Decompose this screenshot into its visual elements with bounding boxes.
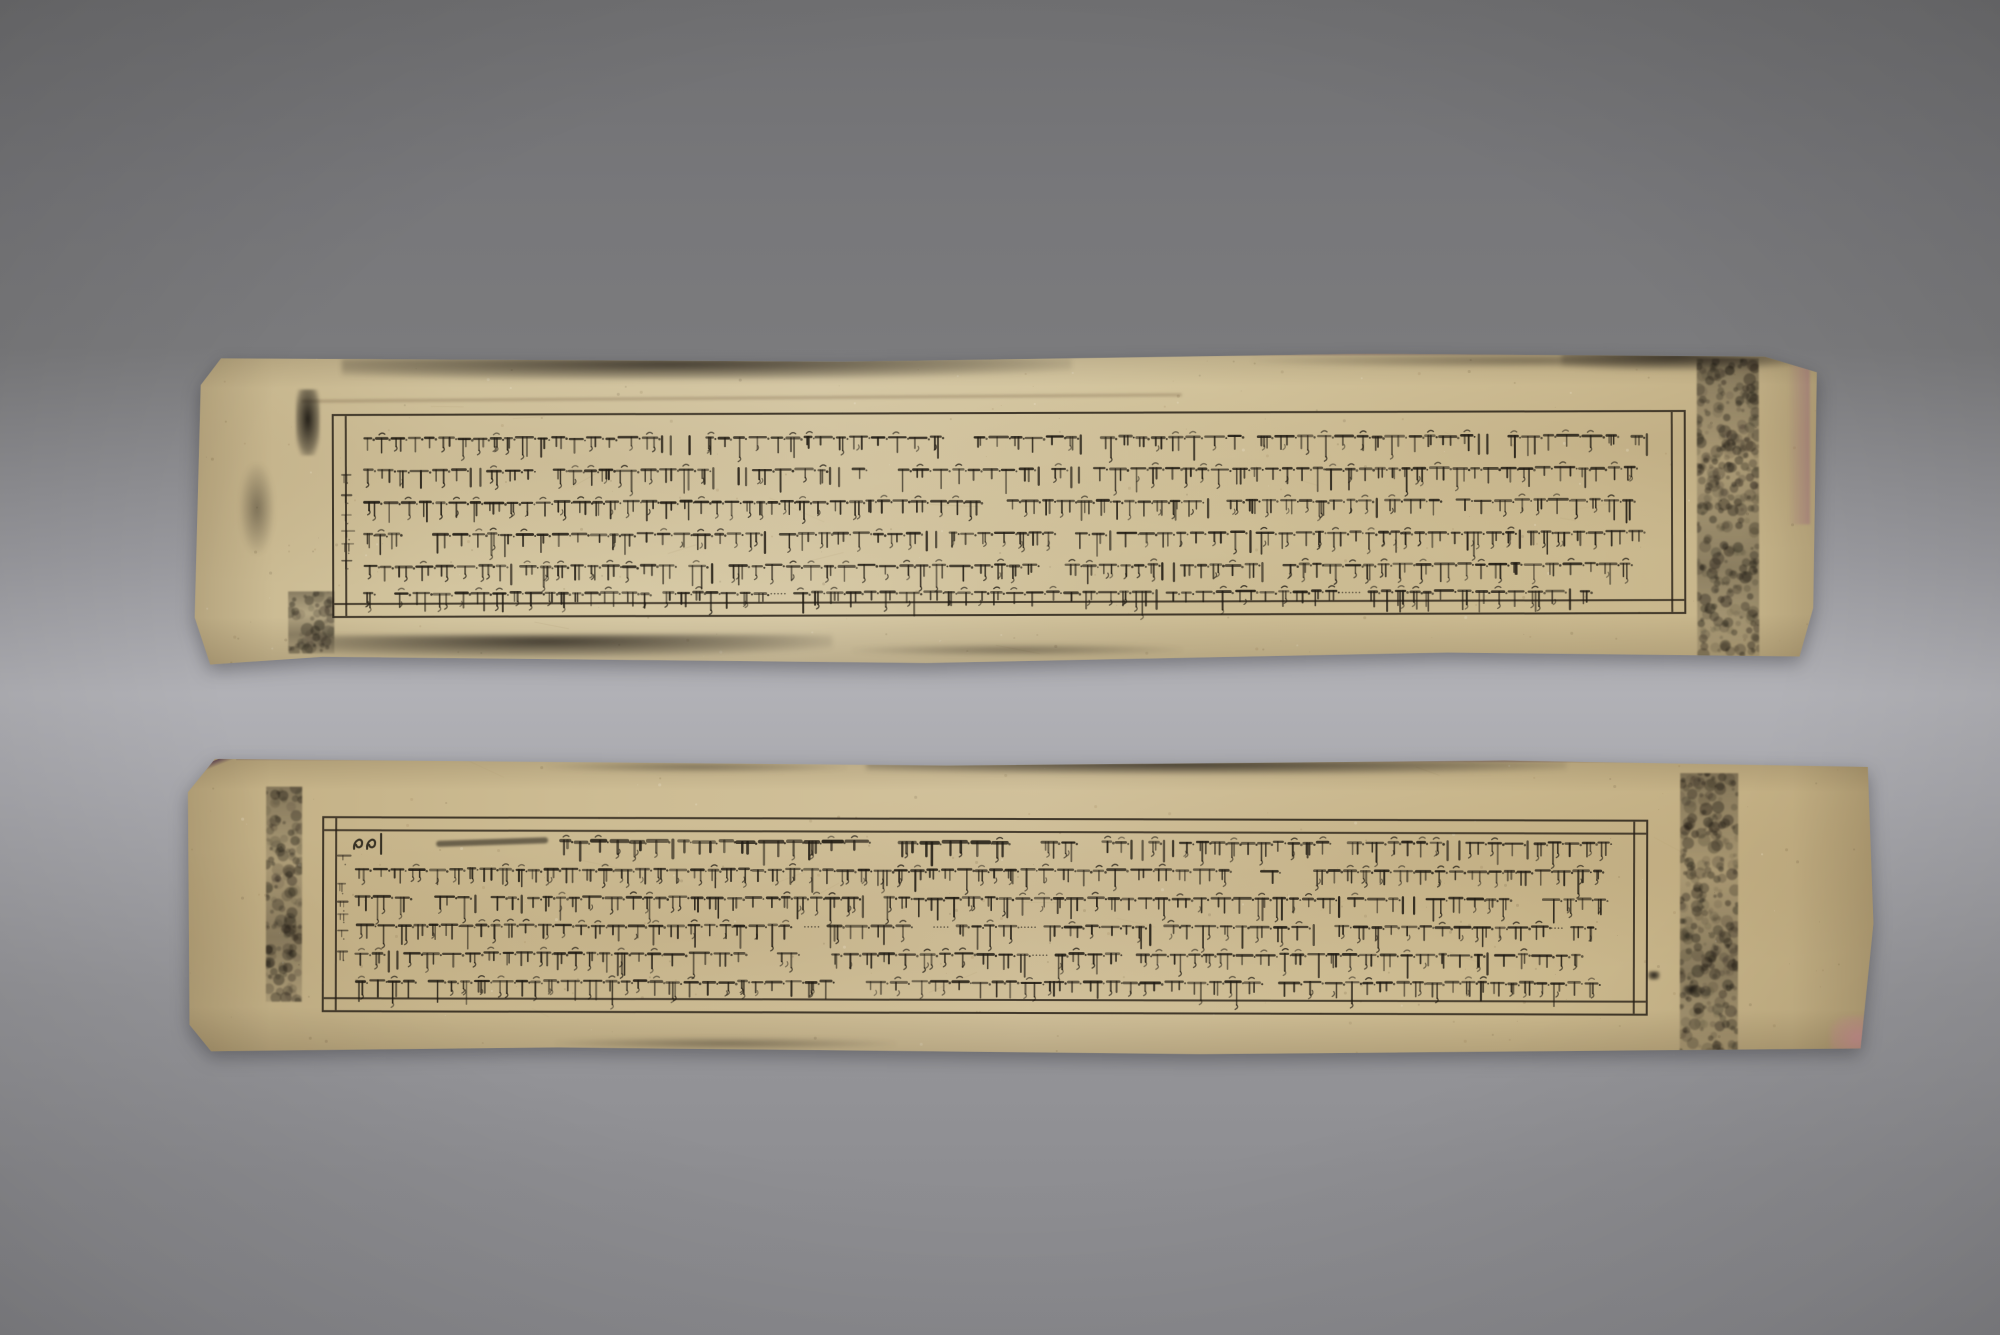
- paper-speck: [1255, 657, 1256, 658]
- paper-speck: [940, 641, 941, 642]
- paper-speck: [966, 650, 968, 652]
- paper-speck: [482, 1042, 484, 1044]
- paper-speck: [637, 784, 638, 785]
- paper-fiber: [1585, 353, 1621, 360]
- paper-speck: [269, 572, 272, 575]
- paper-speck: [1173, 381, 1174, 382]
- paper-fiber: [1454, 758, 1475, 765]
- paper-speck: [241, 897, 244, 900]
- paper-speck: [1718, 1035, 1721, 1038]
- paper-speck: [1815, 410, 1816, 411]
- paper-speck: [854, 402, 856, 404]
- paper-speck: [1615, 638, 1617, 640]
- paper-speck: [1806, 623, 1808, 625]
- paper-speck: [1514, 382, 1516, 384]
- lower-leaf-paper: [186, 757, 1877, 1058]
- paper-speck: [1816, 970, 1817, 971]
- paper-speck: [1168, 812, 1171, 815]
- paper-speck: [1793, 446, 1796, 449]
- paper-speck: [312, 550, 314, 552]
- paper-speck: [1034, 403, 1036, 405]
- ink-smudge: [1252, 352, 1812, 368]
- paper-speck: [658, 783, 661, 786]
- paper-speck: [271, 648, 273, 650]
- ink-rub-band: [288, 591, 334, 653]
- paper-speck: [1699, 471, 1700, 472]
- paper-glint: [418, 1054, 422, 1058]
- paper-speck: [1177, 402, 1179, 404]
- text-line: [362, 522, 1664, 555]
- paper-speck: [1747, 806, 1748, 807]
- paper-speck: [1418, 372, 1421, 375]
- paper-edge-tint: [236, 757, 1756, 764]
- paper-speck: [1523, 634, 1524, 635]
- paper-speck: [1838, 963, 1840, 965]
- ink-smudge: [1562, 350, 1812, 371]
- ink-smudge: [852, 644, 1182, 657]
- paper-speck: [1681, 997, 1682, 998]
- paper-speck: [625, 386, 627, 388]
- paper-speck: [1044, 1055, 1046, 1057]
- paper-speck: [1254, 362, 1256, 364]
- paper-speck: [811, 631, 813, 633]
- paper-speck: [957, 375, 959, 377]
- paper-speck: [267, 926, 270, 929]
- paper-fiber: [1654, 837, 1682, 852]
- paper-speck: [1468, 370, 1471, 373]
- paper-speck: [1057, 1035, 1059, 1037]
- paper-speck: [1570, 392, 1572, 394]
- paper-speck: [814, 1037, 817, 1040]
- paper-speck: [1773, 1024, 1776, 1027]
- paper-speck: [1555, 407, 1556, 408]
- text-line: [362, 490, 1664, 523]
- paper-speck: [860, 1054, 861, 1055]
- paper-speck: [282, 962, 284, 964]
- paper-speck: [719, 651, 722, 654]
- paper-speck: [1267, 812, 1268, 813]
- text-line: [362, 581, 1664, 614]
- paper-speck: [404, 404, 406, 406]
- paper-speck: [224, 381, 226, 383]
- paper-speck: [1056, 1050, 1058, 1052]
- paper-speck: [1673, 992, 1676, 995]
- paper-speck: [1714, 785, 1716, 787]
- paper-fiber: [1416, 766, 1440, 776]
- paper-speck: [1033, 386, 1034, 387]
- paper-speck: [1621, 1054, 1623, 1056]
- paper-speck: [1737, 519, 1738, 520]
- paper-speck: [298, 964, 300, 966]
- paper-speck: [1721, 476, 1722, 477]
- paper-speck: [313, 799, 314, 800]
- paper-speck: [1715, 940, 1717, 942]
- paper-speck: [212, 788, 214, 790]
- paper-speck: [1361, 377, 1363, 379]
- paper-speck: [288, 551, 290, 553]
- paper-speck: [607, 652, 608, 653]
- paper-speck: [1028, 813, 1030, 815]
- paper-speck: [1796, 860, 1799, 863]
- paper-speck: [703, 656, 704, 657]
- paper-speck: [1785, 848, 1788, 851]
- paper-speck: [1349, 1022, 1352, 1025]
- paper-speck: [551, 1052, 553, 1054]
- paper-speck: [1791, 523, 1794, 526]
- paper-speck: [1508, 765, 1510, 767]
- margin-label: [336, 853, 352, 1003]
- paper-speck: [1072, 372, 1074, 374]
- paper-speck: [1657, 965, 1660, 968]
- paper-speck: [1613, 785, 1616, 788]
- paper-speck: [1570, 632, 1573, 635]
- paper-speck: [206, 457, 207, 458]
- ink-smudge: [556, 1037, 896, 1050]
- paper-speck: [231, 1017, 232, 1018]
- paper-speck: [1749, 1003, 1752, 1006]
- paper-speck: [1025, 373, 1027, 375]
- paper-speck: [280, 846, 282, 848]
- paper-speck: [1678, 765, 1680, 767]
- paper-speck: [1755, 426, 1757, 428]
- paper-speck: [1458, 1055, 1460, 1057]
- paper-speck: [1001, 405, 1002, 406]
- paper-speck: [284, 639, 287, 642]
- paper-speck: [1743, 638, 1746, 641]
- paper-speck: [1177, 395, 1180, 398]
- paper-speck: [1820, 986, 1821, 987]
- paper-glint: [418, 661, 422, 665]
- paper-speck: [1680, 1037, 1682, 1039]
- paper-speck: [211, 458, 214, 461]
- paper-speck: [1714, 892, 1715, 893]
- paper-speck: [1004, 774, 1007, 777]
- paper-speck: [510, 1055, 512, 1057]
- paper-speck: [1464, 1040, 1467, 1043]
- paper-speck: [288, 444, 290, 446]
- paper-speck: [914, 796, 917, 799]
- paper-speck: [258, 894, 260, 896]
- paper-speck: [269, 598, 270, 599]
- paper-fiber: [534, 622, 569, 630]
- frame-inner-line-right: [1671, 412, 1674, 612]
- paper-speck: [1708, 932, 1710, 934]
- paper-speck: [314, 548, 316, 550]
- paper-speck: [309, 1037, 312, 1040]
- paper-speck: [1164, 406, 1166, 408]
- lower-leaf: [186, 757, 1877, 1058]
- paper-speck: [1761, 853, 1763, 855]
- paper-speck: [1296, 644, 1298, 646]
- paper-fiber: [1872, 849, 1876, 851]
- paper-speck: [1281, 370, 1284, 373]
- text-line: [354, 971, 1628, 1003]
- paper-speck: [1600, 1018, 1601, 1019]
- paper-speck: [645, 1050, 648, 1053]
- paper-speck: [539, 660, 541, 662]
- paper-speck: [659, 777, 661, 779]
- paper-speck: [920, 1043, 923, 1046]
- paper-speck: [233, 636, 236, 639]
- ink-rub-band: [1697, 358, 1760, 656]
- paper-speck: [716, 634, 717, 635]
- paper-speck: [487, 378, 490, 381]
- paper-speck: [1094, 805, 1097, 808]
- paper-fiber: [457, 757, 504, 778]
- paper-speck: [256, 507, 258, 509]
- paper-speck: [739, 379, 742, 382]
- ink-smudge: [342, 357, 1072, 381]
- ink-smudge: [866, 760, 1566, 775]
- paper-speck: [1228, 658, 1230, 660]
- paper-speck: [264, 894, 267, 897]
- paper-speck: [206, 608, 208, 610]
- photo-vignette: [0, 0, 2000, 1335]
- paper-speck: [612, 1031, 613, 1032]
- paper-speck: [457, 651, 459, 653]
- corner-blush: [1830, 1015, 1877, 1053]
- paper-speck: [1693, 601, 1694, 602]
- paper-speck: [511, 369, 513, 371]
- paper-speck: [1746, 512, 1749, 515]
- ink-blot: [296, 389, 320, 455]
- paper-speck: [1262, 648, 1264, 650]
- paper-speck: [939, 640, 941, 642]
- paper-speck: [1619, 1025, 1621, 1027]
- ink-smudge: [546, 761, 846, 773]
- text-line: [1038, 832, 1626, 863]
- paper-speck: [1036, 634, 1038, 636]
- paper-speck: [617, 393, 620, 396]
- paper-speck: [1309, 651, 1310, 652]
- yig-mgo-head-mark-icon: [350, 827, 390, 863]
- paper-speck: [618, 644, 620, 646]
- paper-speck: [885, 633, 887, 635]
- paper-speck: [1779, 640, 1780, 641]
- paper-speck: [1175, 764, 1176, 765]
- paper-speck: [1648, 377, 1650, 379]
- paper-speck: [1725, 435, 1727, 437]
- paper-speck: [846, 618, 847, 619]
- paper-speck: [992, 408, 994, 410]
- paper-speck: [1871, 988, 1872, 989]
- paper-speck: [419, 625, 421, 627]
- paper-speck: [254, 551, 257, 554]
- paper-speck: [241, 818, 244, 821]
- text-line: [362, 426, 1664, 459]
- paper-speck: [1614, 660, 1615, 661]
- ink-dot: [1684, 985, 1699, 995]
- paper-speck: [250, 622, 251, 623]
- paper-speck: [510, 387, 512, 389]
- paper-speck: [905, 352, 907, 354]
- paper-speck: [618, 812, 619, 813]
- paper-speck: [279, 933, 280, 934]
- paper-speck: [686, 639, 689, 642]
- paper-speck: [1815, 782, 1817, 784]
- paper-speck: [684, 354, 686, 356]
- paper-speck: [1255, 647, 1258, 650]
- ink-smudge: [240, 464, 274, 554]
- ink-dot: [1648, 971, 1660, 980]
- paper-speck: [1609, 778, 1611, 780]
- paper-speck: [237, 638, 239, 640]
- paper-speck: [1723, 549, 1725, 551]
- paper-speck: [591, 1029, 592, 1030]
- paper-speck: [1517, 1021, 1518, 1022]
- paper-speck: [967, 652, 968, 653]
- paper-speck: [480, 652, 482, 654]
- paper-speck: [190, 973, 191, 974]
- text-line-heading: [558, 831, 1024, 862]
- paper-speck: [1044, 768, 1045, 769]
- paper-crease: [302, 393, 1182, 402]
- paper-speck: [318, 537, 319, 538]
- paper-speck: [1356, 1052, 1358, 1054]
- paper-speck: [1819, 921, 1820, 922]
- paper-speck: [1724, 990, 1726, 992]
- paper-speck: [1710, 627, 1711, 628]
- paper-speck: [1822, 969, 1824, 971]
- paper-edge-tint: [1788, 354, 1810, 524]
- paper-speck: [1774, 910, 1775, 911]
- paper-speck: [1453, 1021, 1455, 1023]
- paper-speck: [225, 421, 227, 423]
- paper-speck: [1834, 1052, 1836, 1054]
- paper-speck: [695, 803, 697, 805]
- paper-speck: [1529, 636, 1531, 638]
- paper-speck: [839, 385, 840, 386]
- paper-speck: [1636, 369, 1638, 371]
- paper-speck: [416, 368, 417, 369]
- paper-speck: [1734, 373, 1736, 375]
- paper-speck: [445, 1015, 446, 1016]
- manuscript-photo: [0, 0, 2000, 1335]
- paper-speck: [1145, 652, 1148, 655]
- paper-speck: [1013, 637, 1015, 639]
- paper-edge-tint: [187, 757, 234, 778]
- paper-speck: [1662, 793, 1663, 794]
- paper-speck: [1673, 911, 1676, 914]
- paper-speck: [1470, 359, 1472, 361]
- paper-speck: [210, 811, 211, 812]
- paper-edge-tint: [212, 350, 1792, 358]
- paper-speck: [288, 545, 290, 547]
- paper-speck: [445, 802, 447, 804]
- paper-speck: [1000, 634, 1002, 636]
- paper-speck: [191, 849, 193, 851]
- paper-speck: [544, 1053, 546, 1055]
- paper-speck: [1789, 963, 1790, 964]
- paper-speck: [1280, 640, 1281, 641]
- paper-speck: [1688, 500, 1690, 502]
- paper-speck: [540, 766, 543, 769]
- ink-rub-band: [266, 787, 302, 1002]
- ink-smudge: [312, 634, 832, 657]
- paper-speck: [310, 471, 312, 473]
- paper-fiber: [996, 645, 1040, 654]
- paper-speck: [1837, 769, 1838, 770]
- paper-speck: [1658, 809, 1659, 810]
- paper-speck: [325, 1040, 328, 1043]
- paper-speck: [1853, 848, 1855, 850]
- paper-speck: [1710, 422, 1713, 425]
- paper-speck: [1233, 361, 1235, 363]
- paper-speck: [291, 426, 292, 427]
- paper-speck: [230, 662, 232, 664]
- paper-speck: [355, 1052, 357, 1054]
- paper-speck: [1199, 375, 1201, 377]
- paper-speck: [1431, 637, 1432, 638]
- paper-speck: [308, 996, 310, 998]
- text-line: [362, 458, 1664, 491]
- paper-speck: [244, 443, 246, 445]
- paper-speck: [246, 824, 247, 825]
- paper-speck: [1533, 777, 1535, 779]
- ink-rub-band: [1680, 773, 1738, 1053]
- paper-speck: [316, 357, 318, 359]
- paper-speck: [1207, 361, 1208, 362]
- paper-speck: [1722, 408, 1724, 410]
- paper-speck: [410, 798, 413, 801]
- paper-speck: [1509, 1039, 1511, 1041]
- paper-speck: [1407, 352, 1408, 353]
- margin-label: [340, 471, 356, 586]
- paper-fiber: [431, 406, 464, 408]
- paper-speck: [1054, 645, 1057, 648]
- paper-speck: [1720, 500, 1722, 502]
- upper-leaf: [192, 350, 1823, 667]
- paper-speck: [640, 391, 643, 394]
- upper-leaf-paper: [192, 350, 1823, 667]
- paper-speck: [1871, 784, 1872, 785]
- paper-speck: [918, 369, 919, 370]
- paper-speck: [298, 864, 301, 867]
- paper-speck: [1492, 1034, 1494, 1036]
- paper-speck: [1241, 391, 1242, 392]
- frame-inner-line-right: [1633, 822, 1636, 1014]
